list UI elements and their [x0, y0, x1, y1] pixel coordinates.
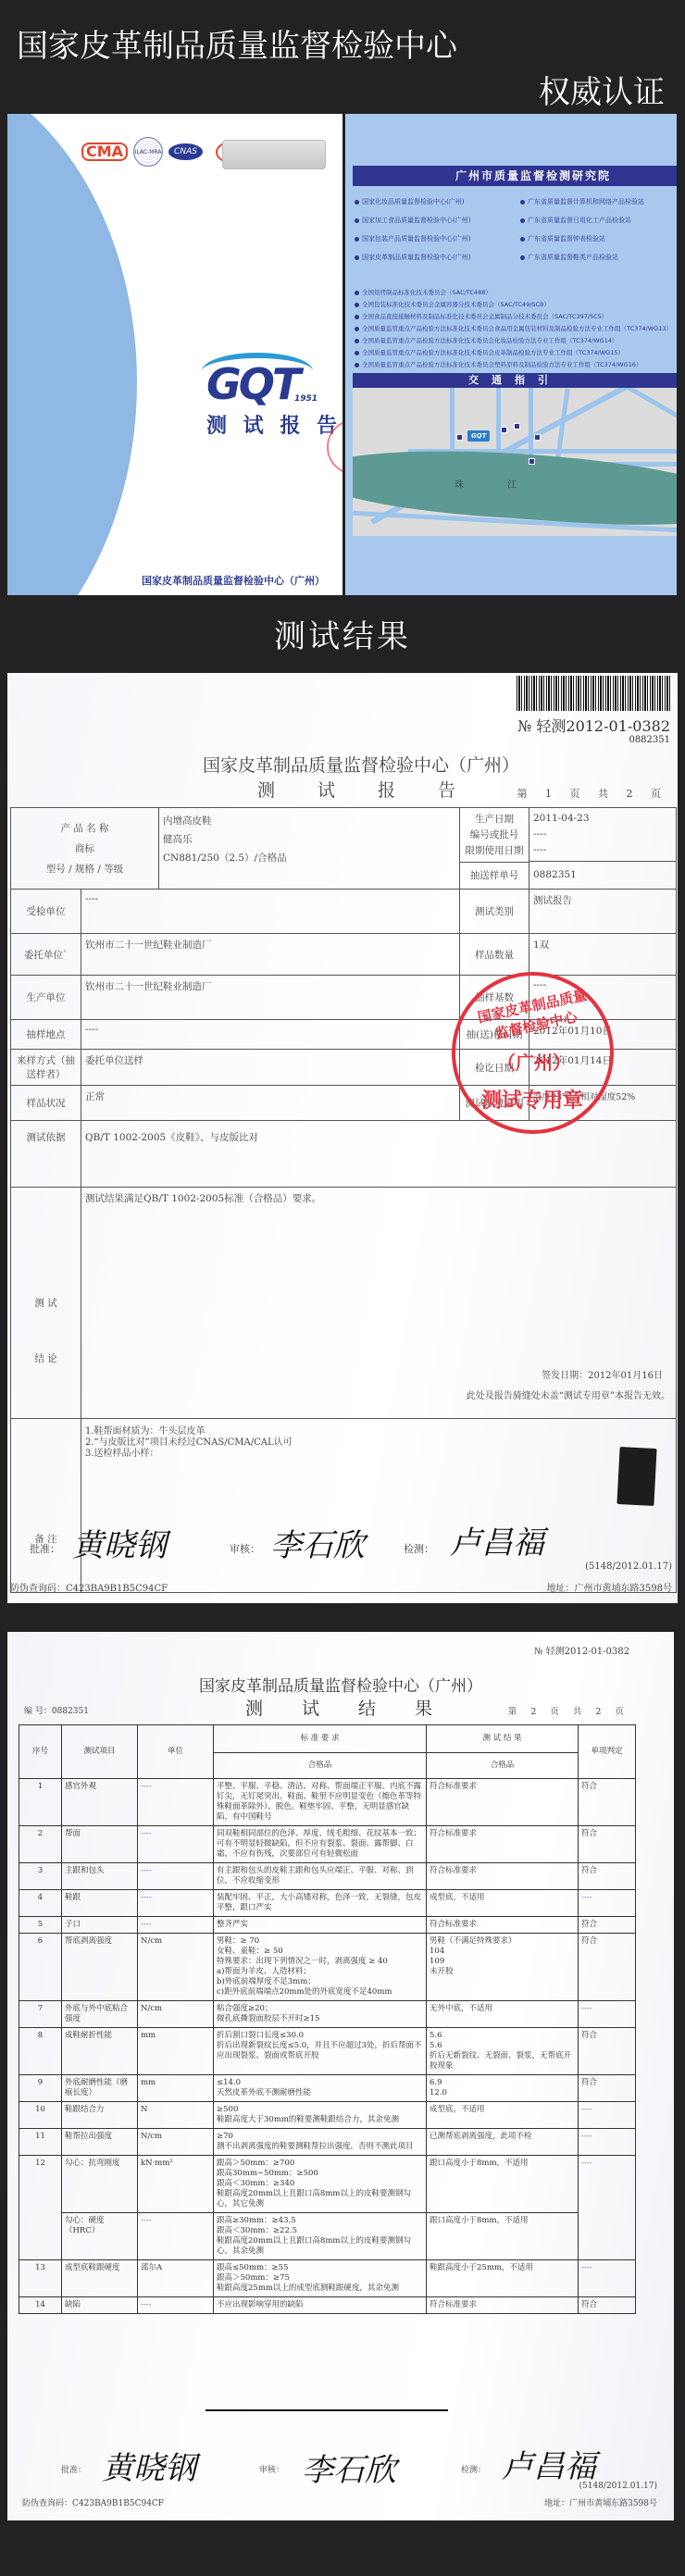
- col-header: 测 试 结 果: [427, 1725, 579, 1753]
- committee-item: 全国食品直接接触材料及制品标准化技术委员会金属制品分技术委员会（SAC/TC39…: [355, 311, 675, 323]
- cell-standard: 有主跟和包头的皮鞋主跟和包头应端正、平服、对称、到位，不应收缩变形: [214, 1863, 427, 1890]
- cell-no: 5: [19, 1917, 62, 1934]
- center-item: 国家皮革制品质量监督检验中心(广州): [355, 253, 513, 262]
- cell-unit: 邵尔A: [138, 2260, 214, 2297]
- cell-item: 鞋跟: [62, 1890, 138, 1917]
- barcode-icon: [517, 676, 670, 711]
- cell-item: 子口: [62, 1917, 138, 1934]
- leather-sample-swatch: [616, 1447, 656, 1506]
- cover-organization: 国家皮革制品质量监督检验中心（广州）: [142, 573, 325, 588]
- cma-logo-icon: CMA: [81, 143, 128, 161]
- bullet-icon: [355, 291, 359, 295]
- cell-label: 备 注: [11, 1419, 81, 1593]
- address: 地址：广州市黄埔东路3598号: [547, 1580, 672, 1594]
- cell-unit: mm: [138, 2028, 214, 2075]
- cell-judgement: ----: [579, 2156, 636, 2260]
- report-cover-back: 广州市质量监督检测研究院 国家化妆品质量监督检验中心(广州) 广东省质量监督计算…: [345, 114, 677, 595]
- cell-no: 10: [19, 2102, 62, 2129]
- cell-standard: ≥500 鞋跟高度大于30mm的鞋要测鞋跟结合力，其余免测: [214, 2102, 427, 2129]
- anti-fake-code: 防伪查询码：C423BA9B1B5C94CF: [10, 1580, 168, 1594]
- cell-label: 受检单位: [11, 890, 81, 934]
- cell-judgement: 符合: [579, 1779, 636, 1826]
- cell-no: 11: [19, 2129, 62, 2156]
- cell-unit: mm: [138, 2075, 214, 2102]
- cell-no: 6: [19, 1934, 62, 2001]
- parking-icon: [501, 427, 507, 433]
- bullet-icon: [355, 327, 359, 331]
- approve-signature: 黄晓钢: [72, 1520, 167, 1565]
- cell-result: 鞋跟高度小于25mm，不适用: [427, 2260, 579, 2297]
- anti-fake-code: 防伪查询码：C423BA9B1B5C94CF: [22, 2496, 164, 2508]
- cell-standard: 整齐严实: [214, 1917, 427, 1934]
- date-values: 2011-04-23 ---- ---- 0882351: [529, 808, 677, 890]
- map-road: [496, 388, 501, 462]
- cell-judgement: 符合: [579, 2075, 636, 2102]
- cell-unit: N/cm: [138, 2001, 214, 2028]
- page-subheading: 权威认证: [539, 67, 665, 112]
- test-label: 检测：: [461, 2463, 486, 2475]
- table-row: 测 试 结 论 测试结果满足QB/T 1002-2005标准（合格品）要求。 签…: [11, 1188, 677, 1419]
- cell-result: 符合标准要求: [427, 1863, 579, 1890]
- cell-value: ----: [81, 890, 460, 934]
- cell-judgement: 符合: [579, 1917, 636, 1934]
- col-header: 测试项目: [62, 1725, 138, 1779]
- table-row: 14缺陷----不应出现影响穿用的缺陷符合标准要求符合: [19, 2297, 636, 2314]
- test-results-table: 序号 测试项目 单位 标 准 要 求 测 试 结 果 单项判定 合格品 合格品 …: [19, 1724, 636, 2314]
- cell-value: 委托单位送样: [81, 1050, 460, 1086]
- col-header: 序号: [19, 1725, 62, 1779]
- center-item: 广东省质量监督鞋类产品检验站: [520, 253, 677, 262]
- label-window: [222, 140, 326, 169]
- cell-value: 钦州市二十一世纪鞋业制造厂: [81, 934, 460, 976]
- map-road: [529, 388, 533, 462]
- cell-result: 跟口高度小于8mm，不适用: [427, 2156, 579, 2213]
- center-item: 国家加工食品质量监督检验中心(广州): [355, 216, 513, 225]
- review-label: 审核：: [259, 2463, 284, 2475]
- committee-item: 全国质量监管重点产品检验方法标准化技术委员会食品用金属包装材料及制品检验方法专业…: [355, 323, 675, 335]
- report-cover-front: CMA ILAC-MRA CNAS CAL GQT 1951 测 试 报 告 国…: [7, 114, 342, 595]
- cell-label: 来样方式（抽送样者）: [11, 1050, 81, 1086]
- cell-value: 1双: [529, 934, 677, 976]
- table-row: 1感官外观----平整、平服、平稳、清洁、对称、帮面端正平服。内底不露钉尖，无钉…: [19, 1779, 636, 1826]
- cell-standard: ≥70 测不出剥离强度的鞋要测鞋帮拉出强度，否则不测此项目: [214, 2129, 427, 2156]
- center-item: 广东省质量监督钟表检验站: [520, 234, 677, 243]
- cell-item: 帮面: [62, 1826, 138, 1863]
- table-row: 7外底与外中底粘合强度N/cm粘合强度≥20； 微孔底撕裂面胶层不开时≥15无外…: [19, 2001, 636, 2028]
- table-row: 受检单位 ---- 测试类别 测试报告: [11, 890, 677, 934]
- center-item: 国家包装产品质量监督检验中心(广州): [355, 234, 513, 243]
- cell-no: 4: [19, 1890, 62, 1917]
- test-signature: 卢昌福: [502, 2441, 596, 2486]
- cell-no: 14: [19, 2297, 62, 2314]
- col-subheader: 合格品: [214, 1753, 427, 1779]
- bullet-icon: [355, 200, 359, 205]
- cell-standard: 跟高≥30mm：≥43.5 跟高＜30mm：≥22.5 鞋跟高度20mm以上且跟…: [214, 2213, 427, 2260]
- table-row: 2帮面----同双鞋相同部位的色泽、厚度、绒毛粗细、花纹基本一致；可有不明显轻微…: [19, 1826, 636, 1863]
- cell-standard: 跟高＞50mm：≥700 跟高30mm~50mm：≥500 跟高＜30mm：≥3…: [214, 2156, 427, 2213]
- cell-standard: 男鞋：≥ 70 女鞋、童鞋：≥ 50 特殊要求：出现下列情况之一时，剥离强度 ≥…: [214, 1934, 427, 2001]
- table-row: 备 注 1.鞋帮面材质为：牛头层皮革 2.“与皮版比对”项目未经过CNAS/CM…: [11, 1419, 677, 1593]
- product-values: 内增高皮鞋 健高乐 CN881/250（2.5）/合格品: [159, 808, 460, 890]
- river-label: 珠 江: [455, 477, 537, 491]
- cell-item: 主跟和包头: [62, 1863, 138, 1890]
- page-indicator: 第 2 页 共 2 页: [508, 1704, 629, 1717]
- cell-judgement: 符合: [579, 1934, 636, 2001]
- cell-item: 成型底鞋跟硬度: [62, 2260, 138, 2297]
- cell-result: 成型底，不适用: [427, 2102, 579, 2129]
- product-labels: 产 品 名 称 商标 型号 / 规格 / 等级: [11, 808, 159, 890]
- cover-blue-wave: [7, 114, 137, 595]
- address: 地址：广州市黄埔东路3598号: [544, 2496, 657, 2508]
- cell-unit: ----: [138, 1779, 214, 1826]
- cell-label: 委托单位`: [11, 934, 81, 976]
- parking-icon: [534, 434, 541, 441]
- conclusion-text: 测试结果满足QB/T 1002-2005标准（合格品）要求。: [85, 1191, 672, 1205]
- cell-no: 12: [19, 2156, 62, 2260]
- review-label: 审核：: [230, 1541, 260, 1556]
- col-subheader: 合格品: [427, 1753, 579, 1779]
- cell-judgement: ----: [579, 2001, 636, 2028]
- test-report-page-2: № 轻测2012-01-0382 国家皮革制品质量监督检验中心（广州） 测 试 …: [7, 1632, 674, 2520]
- center-item: 广东省质量监督日用化工产品检验站: [520, 216, 677, 225]
- cell-value: ----: [81, 1020, 460, 1050]
- table-row: 9外底耐磨性能（磨痕长度）mm≤14.0 天然皮革外底不测耐磨性能6.9 12.…: [19, 2075, 636, 2102]
- bullet-icon: [520, 218, 525, 223]
- report-number: № 轻测2012-01-0382: [534, 1643, 629, 1657]
- cell-label: 样品数量: [460, 934, 529, 976]
- cell-no: 1: [19, 1779, 62, 1826]
- bullet-icon: [520, 237, 525, 242]
- center-item: 国家化妆品质量监督检验中心(广州): [355, 197, 513, 206]
- test-report-page-1: № 轻测2012-01-0382 0882351 国家皮革制品质量监督检验中心（…: [7, 673, 678, 1603]
- table-row: 产 品 名 称 商标 型号 / 规格 / 等级 内增高皮鞋 健高乐 CN881/…: [11, 808, 677, 890]
- cell-result: 符合标准要求: [427, 1779, 579, 1826]
- cell-unit: ----: [138, 1826, 214, 1863]
- table-row: 5子口----整齐严实符合标准要求符合: [19, 1917, 636, 1934]
- bullet-icon: [355, 363, 359, 367]
- cell-standard: 平整、平服、平稳、清洁、对称、帮面端正平服。内底不露钉尖，无钉尾突出。鞋面、鞋里…: [214, 1779, 427, 1826]
- report-organization: 国家皮革制品质量监督检验中心（广州）: [7, 1673, 674, 1696]
- cell-item: 成鞋耐折性能: [62, 2028, 138, 2075]
- cell-standard: 同双鞋相同部位的色泽、厚度、绒毛粗细、花纹基本一致；可有不明显轻微缺陷，但不应有…: [214, 1826, 427, 1863]
- center-item: 广东省质量监督计算机和网络产品检验站: [520, 197, 677, 206]
- bullet-icon: [355, 218, 359, 223]
- cell-no: 13: [19, 2260, 62, 2297]
- committee-item: 全国包装标准化技术委员会金属容器分技术委员会（SAC/TC49/SC8）: [355, 299, 675, 311]
- table-row: 测试依据 QB/T 1002-2005《皮鞋》、与皮版比对: [11, 1121, 677, 1188]
- cell-no: 9: [19, 2075, 62, 2102]
- approve-label: 批准：: [30, 1541, 60, 1556]
- cell-result: 符合标准要求: [427, 2297, 579, 2314]
- print-code: (5148/2012.01.17): [579, 2482, 658, 2491]
- cover-report-title: 测 试 报 告: [206, 410, 342, 439]
- table-row: 委托单位` 钦州市二十一世纪鞋业制造厂 样品数量 1双: [11, 934, 677, 976]
- cell-unit: ----: [138, 2297, 214, 2314]
- bullet-icon: [520, 255, 525, 260]
- cell-unit: kN·mm²: [138, 2156, 214, 2213]
- cell-judgement: ----: [579, 2129, 636, 2156]
- committee-item: 全国焙烤制品标准化技术委员会（SAC/TC488）: [355, 287, 675, 299]
- cell-judgement: 符合: [579, 2028, 636, 2075]
- parking-icon: [514, 423, 520, 429]
- cell-result: 跟口高度小于8mm，不适用: [427, 2213, 579, 2260]
- cell-label: 测试依据: [11, 1121, 81, 1188]
- review-signature: 李石欣: [302, 2445, 396, 2490]
- report-serial: 0882351: [629, 735, 670, 745]
- validity-note: 此处及报告骑缝处未盖“测试专用章”本报告无效。: [467, 1388, 670, 1401]
- test-seal-stamp-icon: 国家皮革制品质量监督检验中心 （广州） 测试专用章: [452, 972, 614, 1134]
- issue-date: 签发日期：2012年01月16日: [542, 1367, 663, 1381]
- bullet-icon: [355, 237, 359, 242]
- conclusion-cell: 测试结果满足QB/T 1002-2005标准（合格品）要求。 签发日期：2012…: [81, 1188, 677, 1419]
- gqt-logo: GQT: [206, 359, 298, 409]
- cell-standard: 跟高≤50mm：≥55 跟高＞50mm：≥75 鞋跟高度25mm以上的成型底测鞋…: [214, 2260, 427, 2297]
- cell-item: 外底耐磨性能（磨痕长度）: [62, 2075, 138, 2102]
- committee-item: 全国质量监管重点产品检验方法标准化技术委员会化妆品检验方法专业工作组（TC374…: [355, 335, 675, 347]
- cell-value: 钦州市二十一世纪鞋业制造厂: [81, 976, 460, 1020]
- parking-icon: [529, 458, 535, 465]
- bullet-icon: [355, 339, 359, 343]
- table-row: 13成型底鞋跟硬度邵尔A跟高≤50mm：≥55 跟高＞50mm：≥75 鞋跟高度…: [19, 2260, 636, 2297]
- cell-standard: 折后割口裂口长度≤30.0 折后出现新裂纹长度≤5.0，并且不应超过3处，折后帮…: [214, 2028, 427, 2075]
- approve-label: 批准：: [61, 2463, 86, 2475]
- cell-result: 成型底，不适用: [427, 1890, 579, 1917]
- report-info-table: 产 品 名 称 商标 型号 / 规格 / 等级 内增高皮鞋 健高乐 CN881/…: [10, 807, 677, 1593]
- report-number: № 轻测2012-01-0382: [517, 715, 670, 736]
- cell-judgement: ----: [579, 2102, 636, 2129]
- cell-standard: 不应出现影响穿用的缺陷: [214, 2297, 427, 2314]
- table-row: 3主跟和包头----有主跟和包头的皮鞋主跟和包头应端正、平服、对称、到位，不应收…: [19, 1863, 636, 1890]
- table-row: 11鞋帮拉出强度N/cm≥70 测不出剥离强度的鞋要测鞋帮拉出强度，否则不测此项…: [19, 2129, 636, 2156]
- cell-label: 抽样地点: [11, 1020, 81, 1050]
- institute-banner: 广州市质量监督检测研究院: [353, 166, 677, 186]
- ilac-mra-logo-icon: ILAC-MRA: [133, 137, 163, 167]
- cell-judgement: 符合: [579, 1863, 636, 1890]
- section-title: 测试结果: [0, 611, 685, 656]
- cell-unit: N: [138, 2102, 214, 2129]
- bullet-icon: [520, 200, 525, 205]
- test-label: 检测：: [404, 1541, 434, 1556]
- date-labels: 生产日期 编号或批号 限期使用日期 抽送样单号: [460, 808, 529, 890]
- cell-item: 鞋帮拉出强度: [62, 2129, 138, 2156]
- cnas-logo-icon: CNAS: [168, 143, 203, 160]
- cell-no: 3: [19, 1863, 62, 1890]
- cell-result: 已测帮底剥离强度，此项不检: [427, 2129, 579, 2156]
- cell-standard: 装配牢固、平正，大小高矮对称，色泽一致，无裂缝，包皮平整，跟口严实: [214, 1890, 427, 1917]
- report-code: 编 号：0882351: [24, 1704, 89, 1716]
- committee-item: 全国质量监管重点产品检验方法标准化技术委员会塑料原料及制品检验方法专业工作组（T…: [355, 359, 675, 371]
- col-header: 单位: [138, 1725, 214, 1779]
- cell-item: 帮底剥离强度: [62, 1934, 138, 2001]
- cell-result: 无外中底，不适用: [427, 2001, 579, 2028]
- bullet-icon: [355, 351, 359, 355]
- review-signature: 李石欣: [270, 1520, 365, 1565]
- cell-value: 测试报告: [529, 890, 677, 934]
- cell-item: 鞋跟结合力: [62, 2102, 138, 2129]
- cell-item: 勾心：硬度（HRC）: [62, 2213, 138, 2260]
- bullet-icon: [355, 315, 359, 319]
- cell-result: 男鞋（不满足特殊要求） 104 109 未开胶: [427, 1934, 579, 2001]
- cell-result: 6.9 12.0: [427, 2075, 579, 2102]
- table-row: 6帮底剥离强度N/cm男鞋：≥ 70 女鞋、童鞋：≥ 50 特殊要求：出现下列情…: [19, 1934, 636, 2001]
- table-row: 8成鞋耐折性能mm折后割口裂口长度≤30.0 折后出现新裂纹长度≤5.0，并且不…: [19, 2028, 636, 2075]
- cell-standard: ≤14.0 天然皮革外底不测耐磨性能: [214, 2075, 427, 2102]
- cell-value: QB/T 1002-2005《皮鞋》、与皮版比对: [81, 1121, 677, 1188]
- col-header: 标 准 要 求: [214, 1725, 427, 1753]
- map-location-marker: GQT: [467, 430, 490, 442]
- cell-item: 缺陷: [62, 2297, 138, 2314]
- table-row: 勾心：硬度（HRC）----跟高≥30mm：≥43.5 跟高＜30mm：≥22.…: [19, 2213, 636, 2260]
- cell-no: 2: [19, 1826, 62, 1863]
- parking-icon: [456, 434, 463, 441]
- cell-value: 正常: [81, 1086, 460, 1121]
- report-organization: 国家皮革制品质量监督检验中心（广州）: [7, 752, 678, 777]
- cell-judgement: 符合: [579, 2297, 636, 2314]
- cell-unit: ----: [138, 2213, 214, 2260]
- cell-result: 符合标准要求: [427, 1917, 579, 1934]
- cell-judgement: 符合: [579, 1826, 636, 1863]
- print-code: (5148/2012.01.17): [585, 1562, 672, 1572]
- cell-result: 符合标准要求: [427, 1826, 579, 1863]
- cell-unit: ----: [138, 1863, 214, 1890]
- cell-judgement: ----: [579, 2260, 636, 2297]
- committee-item: 全国质量监管重点产品检验方法标准化技术委员会皮革制品检验方法专业工作组（TC37…: [355, 347, 675, 359]
- cell-label: 测试类别: [460, 890, 529, 934]
- bullet-icon: [355, 255, 359, 260]
- cell-label: 样品状况: [11, 1086, 81, 1121]
- table-header-row: 序号 测试项目 单位 标 准 要 求 测 试 结 果 单项判定: [19, 1725, 636, 1753]
- cell-label: 生产单位: [11, 976, 81, 1020]
- cell-item: 外底与外中底粘合强度: [62, 2001, 138, 2028]
- location-map: 珠 江 GQT: [353, 388, 677, 536]
- cell-unit: N/cm: [138, 2129, 214, 2156]
- traffic-guide-banner: 交通指引: [353, 373, 677, 388]
- table-row: 10鞋跟结合力N≥500 鞋跟高度大于30mm的鞋要测鞋跟结合力，其余免测成型底…: [19, 2102, 636, 2129]
- table-row: 4鞋跟----装配牢固、平正，大小高矮对称，色泽一致，无裂缝，包皮平整，跟口严实…: [19, 1890, 636, 1917]
- test-signature: 卢昌福: [450, 1517, 544, 1562]
- conclusion-label: 测 试 结 论: [11, 1188, 81, 1419]
- cell-unit: N/cm: [138, 1934, 214, 2001]
- centers-list: 国家化妆品质量监督检验中心(广州) 广东省质量监督计算机和网络产品检验站 国家加…: [355, 197, 677, 262]
- cell-unit: ----: [138, 1917, 214, 1934]
- cell-result: 5.6 5.6 折后无新裂纹、无裂面、裂浆，无帮底开胶现象: [427, 2028, 579, 2075]
- committees-list: 全国焙烤制品标准化技术委员会（SAC/TC488） 全国包装标准化技术委员会金属…: [355, 287, 675, 371]
- cell-unit: ----: [138, 1890, 214, 1917]
- cell-standard: 粘合强度≥20； 微孔底撕裂面胶层不开时≥15: [214, 2001, 427, 2028]
- page-indicator: 第 1 页 共 2 页: [517, 786, 668, 801]
- cell-no: 7: [19, 2001, 62, 2028]
- cell-no: 8: [19, 2028, 62, 2075]
- page-heading: 国家皮革制品质量监督检验中心: [17, 20, 457, 66]
- gqt-year: 1951: [294, 394, 318, 404]
- end-rule: [205, 2409, 448, 2411]
- col-header: 单项判定: [579, 1725, 636, 1779]
- table-row: 12勾心：抗弯刚度kN·mm²跟高＞50mm：≥700 跟高30mm~50mm：…: [19, 2156, 636, 2213]
- approve-signature: 黄晓钢: [102, 2443, 196, 2488]
- cell-judgement: ----: [579, 1890, 636, 1917]
- cell-item: 勾心：抗弯刚度: [62, 2156, 138, 2213]
- cell-item: 感官外观: [62, 1779, 138, 1826]
- bullet-icon: [355, 303, 359, 307]
